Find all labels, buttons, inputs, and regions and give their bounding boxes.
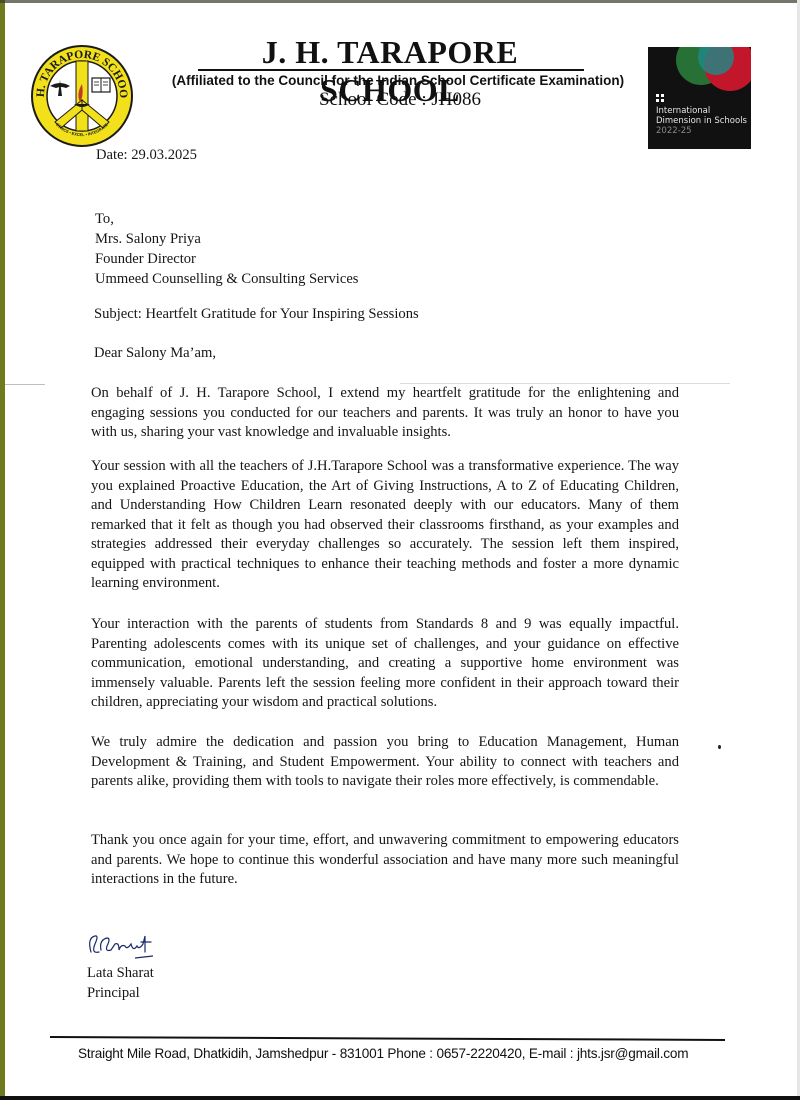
badge-years: 2022-25 [656,126,751,136]
badge-line-1: International [656,106,751,116]
letter-subject: Subject: Heartfelt Gratitude for Your In… [94,305,419,325]
international-dimension-badge: International Dimension in Schools 2022-… [648,47,751,149]
paragraph: Thank you once again for your time, effo… [91,831,679,890]
scan-border-bottom [0,1096,800,1100]
signature [85,930,175,960]
scan-speck [718,745,721,749]
paragraph: Your interaction with the parents of stu… [91,615,679,713]
signatory: Lata Sharat Principal [87,963,154,1003]
paragraph: On behalf of J. H. Tarapore School, I ex… [91,384,679,443]
recipient-title: Founder Director [95,249,358,269]
school-crest-icon: J.H. TARAPORE SCHOOL ETHICS • EXCEL • IN… [30,44,134,148]
title-underline [198,69,584,71]
scan-border-top [0,0,800,3]
signatory-title: Principal [87,983,154,1003]
signatory-name: Lata Sharat [87,963,154,983]
paragraph: We truly admire the dedication and passi… [91,733,679,792]
paragraph: Your session with all the teachers of J.… [91,457,679,594]
school-code: School Code : JH086 [250,89,550,111]
footer-divider [50,1036,725,1041]
recipient-organization: Ummeed Counselling & Consulting Services [95,269,358,289]
recipient-address: To, Mrs. Salony Priya Founder Director U… [95,209,358,289]
recipient-line: To, [95,209,358,229]
badge-line-2: Dimension in Schools [656,116,751,126]
british-council-grid-icon [656,94,664,102]
scan-border-left [0,0,5,1100]
salutation: Dear Salony Ma’am, [94,344,216,364]
letter-date: Date: 29.03.2025 [96,146,197,166]
recipient-name: Mrs. Salony Priya [95,229,358,249]
footer-contact: Straight Mile Road, Dhatkidih, Jamshedpu… [78,1045,718,1063]
scan-artifact [5,384,45,385]
affiliation-text: (Affiliated to the Council for the India… [163,72,633,90]
